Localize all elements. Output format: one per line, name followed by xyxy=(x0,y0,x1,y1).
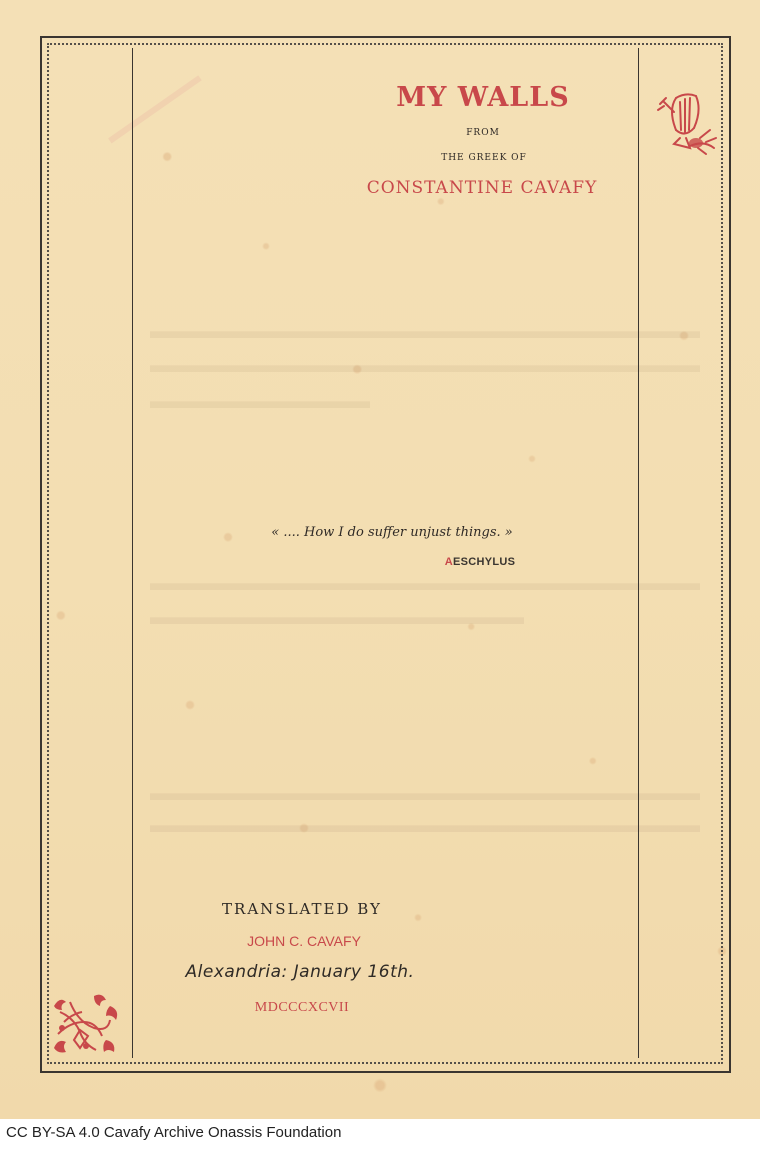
page-scan: ▬▬▬▬▬▬▬▬▬▬▬▬▬▬▬▬▬▬▬▬▬▬▬▬▬ ▬▬▬▬▬▬▬▬▬▬▬▬▬▬… xyxy=(0,0,760,1119)
right-margin-rule xyxy=(638,48,639,1058)
license-credit: CC BY-SA 4.0 Cavafy Archive Onassis Foun… xyxy=(6,1124,341,1146)
attribution-initial: A xyxy=(445,556,453,568)
lyre-ornament-icon xyxy=(650,80,720,156)
epigraph-attribution: AESCHYLUS xyxy=(438,556,522,568)
translator-name: JOHN C. CAVAFY xyxy=(230,933,378,949)
translated-by-label: TRANSLATED BY xyxy=(196,900,408,918)
from-label: FROM xyxy=(440,128,526,138)
attribution-rest: ESCHYLUS xyxy=(453,556,515,568)
place-date: Alexandria: January 16th. xyxy=(174,962,426,982)
left-margin-rule xyxy=(132,48,133,1058)
epigraph-quote: « .... How I do suffer unjust things. » xyxy=(246,525,538,540)
author-name: CONSTANTINE CAVAFY xyxy=(336,178,628,198)
floral-corner-ornament-icon xyxy=(50,992,122,1062)
publication-year: MDCCCXCVII xyxy=(250,1000,354,1016)
greek-of-label: THE GREEK OF xyxy=(420,153,548,163)
book-title: MY WALLS xyxy=(380,82,586,113)
